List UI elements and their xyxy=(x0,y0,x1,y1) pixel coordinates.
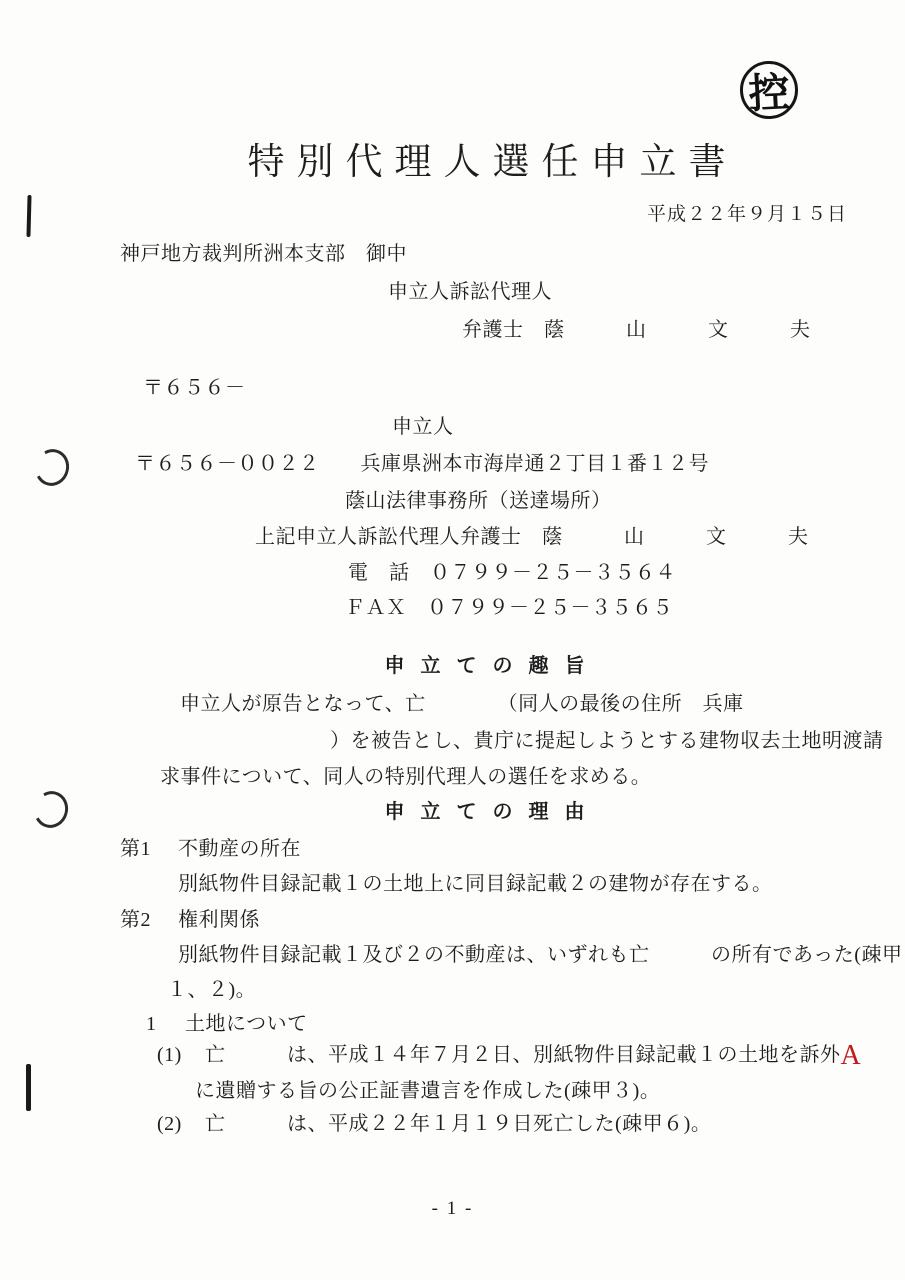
reason-section1-number: 第1 xyxy=(120,837,151,862)
reason-section2-title: 権利関係 xyxy=(178,908,260,933)
page-number: - 1 - xyxy=(0,1196,905,1221)
reason-subsection1-title: 土地について xyxy=(185,1012,308,1037)
document-title: 特別代理人選任申立書 xyxy=(120,141,865,185)
reason-item1-continuation: に遺贈する旨の公正証書遺言を作成した(疎甲３)。 xyxy=(195,1079,660,1104)
binding-hole-bottom xyxy=(30,787,73,832)
document-page: 控 特別代理人選任申立書 平成２２年９月１５日 神戸地方裁判所洲本支部 御中 申… xyxy=(0,0,905,1280)
petitioner-label: 申立人 xyxy=(392,415,454,440)
reason-item2-text: 亡 は、平成２２年１月１９日死亡した(疎甲６)。 xyxy=(205,1112,711,1137)
reason-item2-marker: (2) xyxy=(157,1112,182,1137)
reason-section2-number: 第2 xyxy=(120,908,151,933)
reason-section2-body-line1: 別紙物件目録記載１及び２の不動産は、いずれも亡 の所有であった(疎甲 xyxy=(178,943,902,968)
office-name: 蔭山法律事務所（送達場所） xyxy=(345,489,612,514)
reason-item1-text: 亡 は、平成１４年７月２日、別紙物件目録記載１の土地を訴外A xyxy=(205,1043,861,1068)
reason-section1-body: 別紙物件目録記載１の土地上に同目録記載２の建物が存在する。 xyxy=(178,872,773,897)
redacted-party-a-annotation: A xyxy=(841,1040,861,1071)
office-fax: ＦＡＸ ０７９９－２５－３５６５ xyxy=(345,596,673,621)
petitioner-postal-code: 〒６５６－ xyxy=(143,376,246,401)
representative-lawyer-name: 弁護士 蔭 山 文 夫 xyxy=(462,318,811,343)
representative-role: 申立人訴訟代理人 xyxy=(388,280,552,305)
reason-section1-title: 不動産の所在 xyxy=(178,837,301,862)
office-address: 〒６５６－００２２ 兵庫県洲本市海岸通２丁目１番１２号 xyxy=(135,452,709,477)
binding-hole-top xyxy=(31,445,74,490)
reason-item1-marker: (1) xyxy=(157,1043,182,1068)
reason-subsection1-number: 1 xyxy=(146,1012,157,1037)
office-telephone: 電 話 ０７９９－２５－３５６４ xyxy=(348,561,676,586)
hikae-copy-stamp: 控 xyxy=(739,60,800,121)
reason-item1-body: 亡 は、平成１４年７月２日、別紙物件目録記載１の土地を訴外 xyxy=(205,1044,841,1066)
reason-heading: 申立ての理由 xyxy=(120,800,865,825)
reason-section2-body-line2: １、２)。 xyxy=(167,978,256,1003)
purpose-heading: 申立ての趣旨 xyxy=(120,654,865,679)
purpose-line-3: 求事件について、同人の特別代理人の選任を求める。 xyxy=(160,765,651,790)
recipient-court: 神戸地方裁判所洲本支部 御中 xyxy=(120,242,407,267)
purpose-line-1: 申立人が原告となって、亡 （同人の最後の住所 兵庫 xyxy=(180,692,744,717)
office-lawyer-name: 上記申立人訴訟代理人弁護士 蔭 山 文 夫 xyxy=(255,525,809,550)
document-date: 平成２２年９月１５日 xyxy=(647,202,847,227)
scan-mark-bottom xyxy=(26,1064,31,1111)
purpose-line-2: ）を被告とし、貴庁に提起しようとする建物収去土地明渡請 xyxy=(330,729,884,754)
scan-mark-top xyxy=(26,195,31,237)
